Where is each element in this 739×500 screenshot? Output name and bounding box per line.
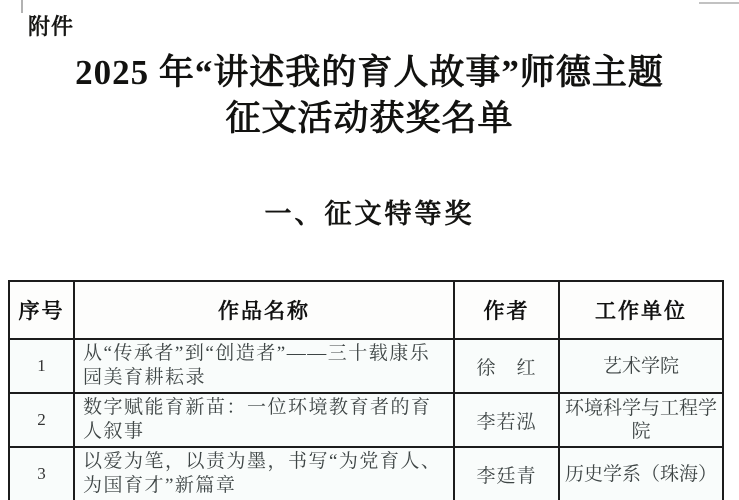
title-line-2: 征文活动获奖名单 — [0, 96, 739, 142]
scan-artifact-top-right — [699, 2, 739, 4]
cell-title: 从“传承者”到“创造者”——三十载康乐园美育耕耘录 — [74, 339, 454, 393]
cell-no: 1 — [9, 339, 74, 393]
cell-unit: 环境科学与工程学院 — [559, 393, 723, 447]
awards-table: 序号 作品名称 作者 工作单位 1 从“传承者”到“创造者”——三十载康乐园美育… — [8, 280, 724, 500]
attachment-label: 附件 — [28, 10, 74, 41]
header-cell-author: 作者 — [454, 281, 559, 339]
header-cell-unit: 工作单位 — [559, 281, 723, 339]
header-cell-title: 作品名称 — [74, 281, 454, 339]
table-header-row: 序号 作品名称 作者 工作单位 — [9, 281, 723, 339]
table-row: 1 从“传承者”到“创造者”——三十载康乐园美育耕耘录 徐 红 艺术学院 — [9, 339, 723, 393]
cell-unit: 艺术学院 — [559, 339, 723, 393]
table-row: 2 数字赋能育新苗：一位环境教育者的育人叙事 李若泓 环境科学与工程学院 — [9, 393, 723, 447]
cell-title: 以爱为笔，以责为墨，书写“为党育人、为国育才”新篇章 — [74, 447, 454, 500]
cell-no: 3 — [9, 447, 74, 500]
document-title: 2025 年“讲述我的育人故事”师德主题 征文活动获奖名单 — [0, 50, 739, 142]
cell-title: 数字赋能育新苗：一位环境教育者的育人叙事 — [74, 393, 454, 447]
cell-author: 徐 红 — [454, 339, 559, 393]
cell-unit: 历史学系（珠海） — [559, 447, 723, 500]
scan-artifact-top-left — [21, 0, 23, 13]
document-page: 附件 2025 年“讲述我的育人故事”师德主题 征文活动获奖名单 一、征文特等奖… — [0, 0, 739, 500]
title-line-1: 2025 年“讲述我的育人故事”师德主题 — [0, 50, 739, 96]
header-cell-no: 序号 — [9, 281, 74, 339]
cell-author: 李若泓 — [454, 393, 559, 447]
table-row: 3 以爱为笔，以责为墨，书写“为党育人、为国育才”新篇章 李廷青 历史学系（珠海… — [9, 447, 723, 500]
section-heading: 一、征文特等奖 — [0, 192, 739, 231]
cell-no: 2 — [9, 393, 74, 447]
cell-author: 李廷青 — [454, 447, 559, 500]
